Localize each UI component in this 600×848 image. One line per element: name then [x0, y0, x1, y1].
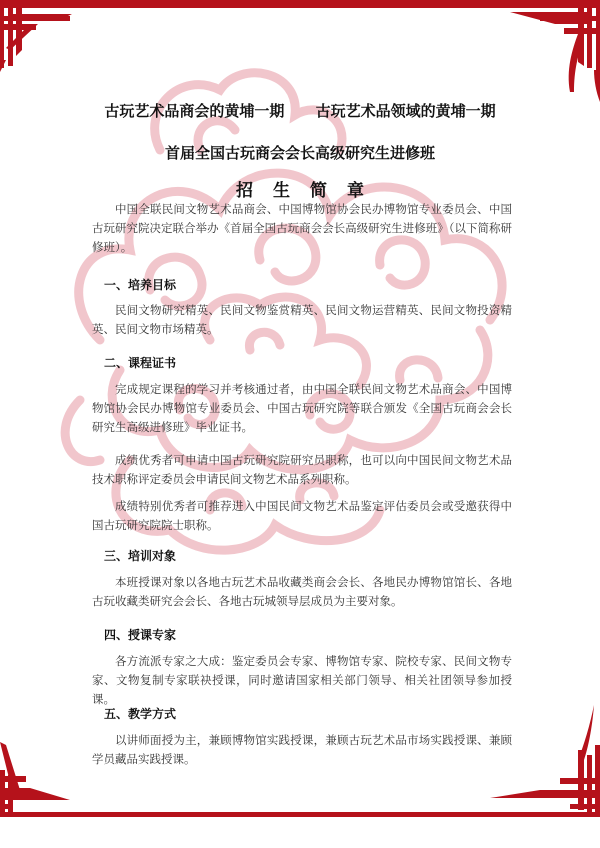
corner-bottom-left	[0, 742, 70, 815]
section-paragraph-certificate-1: 完成规定课程的学习并考核通过者，由中国全联民间文物艺术品商会、中国博物馆协会民办…	[92, 380, 512, 437]
section-heading-experts: 四、授课专家	[104, 626, 176, 643]
section-paragraph-goals: 民间文物研究精英、民间文物鉴赏精英、民间文物运营精英、民间文物投资精英、民间文物…	[92, 301, 512, 339]
intro-paragraph: 中国全联民间文物艺术品商会、中国博物馆协会民办博物馆专业委员会、中国古玩研究院决…	[92, 200, 512, 257]
section-paragraph-experts: 各方流派专家之大成：鉴定委员会专家、博物馆专家、院校专家、民间文物专家、文物复制…	[92, 652, 512, 709]
section-heading-teaching: 五、教学方式	[104, 705, 176, 722]
section-heading-goals: 一、培养目标	[104, 276, 176, 293]
corner-top-left	[0, 8, 72, 72]
headline-slogan: 古玩艺术品商会的黄埔一期 古玩艺术品领域的黄埔一期	[0, 100, 600, 121]
section-heading-audience: 三、培训对象	[104, 547, 176, 564]
document-title: 招生简章	[0, 176, 600, 201]
section-paragraph-certificate-3: 成绩特别优秀者可推荐进入中国民间文物艺术品鉴定评估委员会或受邀获得中国古玩研究院…	[92, 497, 512, 535]
program-title: 首届全国古玩商会会长高级研究生进修班	[0, 142, 600, 163]
section-paragraph-audience: 本班授课对象以各地古玩艺术品收藏类商会会长、各地民办博物馆馆长、各地古玩收藏类研…	[92, 573, 512, 611]
section-paragraph-certificate-2: 成绩优秀者可申请中国古玩研究院研究员职称，也可以向中国民间文物艺术品技术职称评定…	[92, 451, 512, 489]
section-heading-certificate: 二、课程证书	[104, 354, 176, 371]
corner-top-right	[510, 8, 600, 102]
section-paragraph-teaching: 以讲师面授为主，兼顾博物馆实践授课，兼顾古玩艺术品市场实践授课、兼顾学员藏品实践…	[92, 731, 512, 769]
